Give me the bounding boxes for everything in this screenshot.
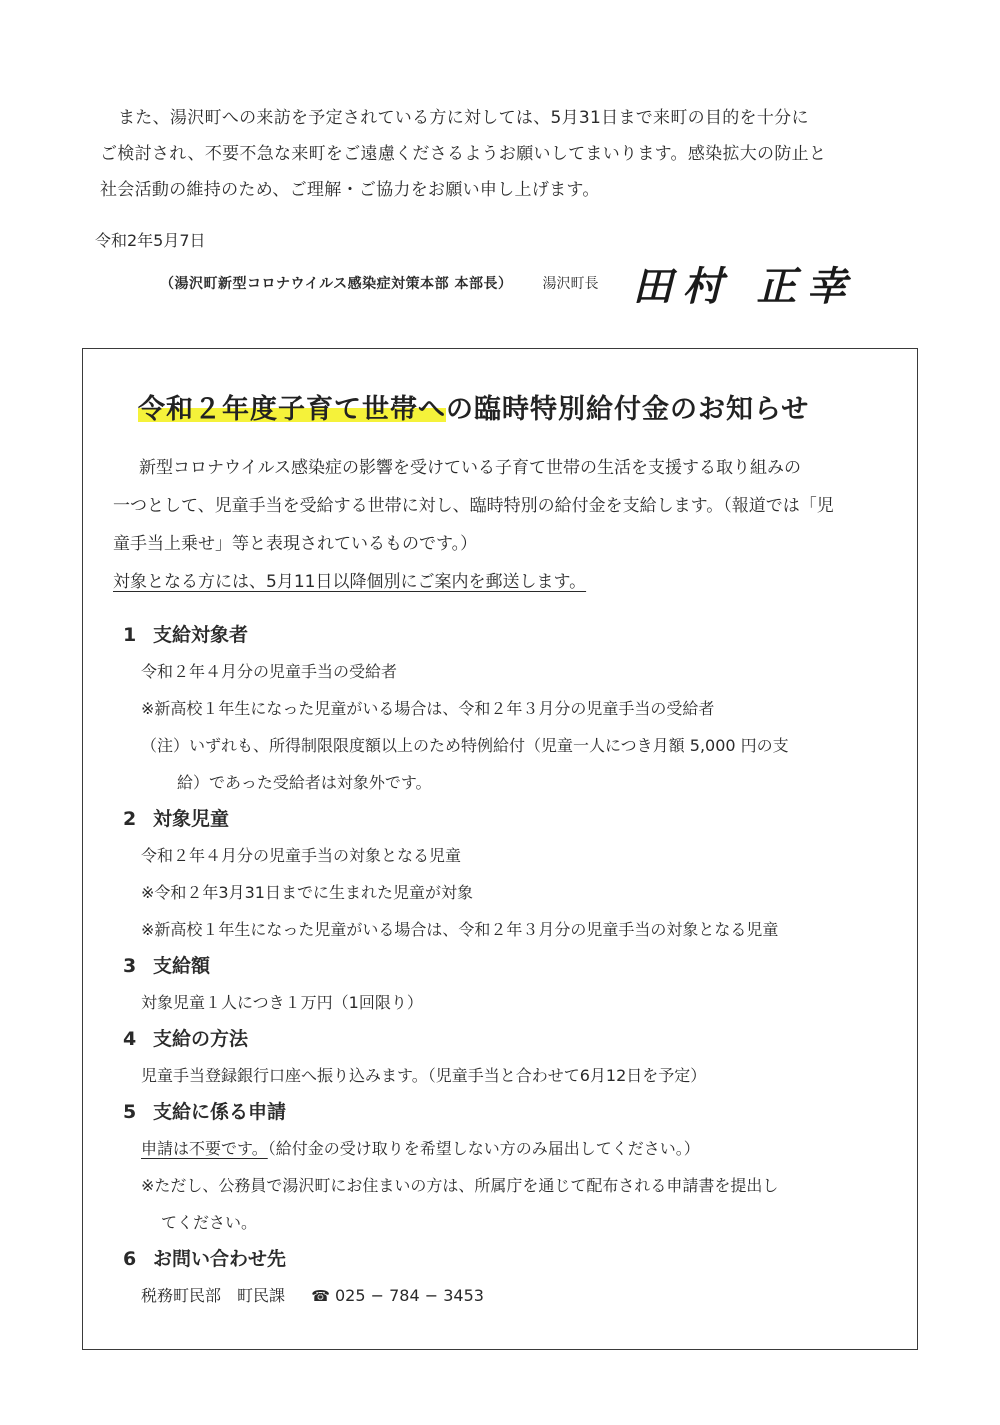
section-amount: 3支給額 対象児童１人につき１万円（1回限り） — [123, 948, 893, 1021]
section-heading: 4支給の方法 — [123, 1021, 893, 1057]
lead-line: 童手当上乗せ」等と表現されているものです。） — [113, 525, 893, 563]
notice-lead: 新型コロナウイルス感染症の影響を受けている子育て世帯の生活を支援する取り組みの … — [113, 449, 893, 601]
intro-line: また、湯沢町への来訪を予定されている方に対しては、5月31日まで来町の目的を十分… — [100, 100, 920, 136]
section-heading: 6お問い合わせ先 — [123, 1241, 893, 1277]
section-payment-method: 4支給の方法 児童手当登録銀行口座へ振り込みます。（児童手当と合わせて6月12日… — [123, 1021, 893, 1094]
section-eligible-recipients: 1支給対象者 令和２年４月分の児童手当の受給者 ※新高校１年生になった児童がいる… — [123, 617, 893, 801]
section-line: ※新高校１年生になった児童がいる場合は、令和２年３月分の児童手当の受給者 — [123, 690, 893, 727]
signature-title: 湯沢町長 — [543, 273, 599, 293]
contact-line: 税務町民部 町民課 ☎ 025 − 784 − 3453 — [123, 1277, 893, 1315]
section-line: ※ただし、公務員で湯沢町にお住まいの方は、所属庁を通じて配布される申請書を提出し — [123, 1167, 893, 1204]
section-heading: 1支給対象者 — [123, 617, 893, 653]
notice-title: 令和２年度子育て世帯への臨時特別給付金のお知らせ — [138, 387, 878, 426]
signature-organization: （湯沢町新型コロナウイルス感染症対策本部 本部長） — [160, 273, 513, 293]
section-heading: 3支給額 — [123, 948, 893, 984]
notice-title-highlighted: 令和２年度子育て世帯へ — [138, 394, 446, 425]
section-line: 児童手当登録銀行口座へ振り込みます。（児童手当と合わせて6月12日を予定） — [123, 1057, 893, 1094]
section-line: てください。 — [123, 1204, 893, 1241]
section-line: 令和２年４月分の児童手当の受給者 — [123, 653, 893, 690]
section-line: ※新高校１年生になった児童がいる場合は、令和２年３月分の児童手当の対象となる児童 — [123, 911, 893, 948]
section-heading: 2対象児童 — [123, 801, 893, 837]
notice-sections: 1支給対象者 令和２年４月分の児童手当の受給者 ※新高校１年生になった児童がいる… — [123, 617, 893, 1315]
section-application: 5支給に係る申請 申請は不要です。（給付金の受け取りを希望しない方のみ届出してく… — [123, 1094, 893, 1241]
application-not-required: 申請は不要です。 — [141, 1139, 268, 1158]
signature-name: 田村 正幸 — [633, 255, 857, 312]
intro-paragraph: また、湯沢町への来訪を予定されている方に対しては、5月31日まで来町の目的を十分… — [100, 100, 920, 208]
lead-emphasis: 対象となる方には、5月11日以降個別にご案内を郵送します。 — [113, 563, 893, 601]
contact-phone: 025 − 784 − 3453 — [335, 1286, 484, 1305]
document-date: 令和2年5月7日 — [95, 228, 206, 251]
section-line: ※令和２年3月31日までに生まれた児童が対象 — [123, 874, 893, 911]
section-line: 申請は不要です。（給付金の受け取りを希望しない方のみ届出してください。） — [123, 1130, 893, 1167]
telephone-icon: ☎ — [311, 1287, 330, 1305]
notice-title-rest: の臨時特別給付金のお知らせ — [446, 394, 809, 425]
section-eligible-children: 2対象児童 令和２年４月分の児童手当の対象となる児童 ※令和２年3月31日までに… — [123, 801, 893, 948]
signature-block: （湯沢町新型コロナウイルス感染症対策本部 本部長） 湯沢町長 田村 正幸 — [160, 258, 920, 308]
section-line: （注）いずれも、所得制限限度額以上のため特例給付（児童一人につき月額 5,000… — [123, 727, 893, 764]
intro-line: 社会活動の維持のため、ご理解・ご協力をお願い申し上げます。 — [100, 172, 920, 208]
section-line: 令和２年４月分の児童手当の対象となる児童 — [123, 837, 893, 874]
section-line: 給）であった受給者は対象外です。 — [123, 764, 893, 801]
section-heading: 5支給に係る申請 — [123, 1094, 893, 1130]
contact-department: 税務町民部 町民課 — [141, 1286, 285, 1305]
intro-line: ご検討され、不要不急な来町をご遠慮くださるようお願いしてまいります。感染拡大の防… — [100, 136, 920, 172]
notice-box: 令和２年度子育て世帯への臨時特別給付金のお知らせ 新型コロナウイルス感染症の影響… — [82, 348, 918, 1350]
lead-line: 新型コロナウイルス感染症の影響を受けている子育て世帯の生活を支援する取り組みの — [113, 449, 893, 487]
section-contact: 6お問い合わせ先 税務町民部 町民課 ☎ 025 − 784 − 3453 — [123, 1241, 893, 1315]
section-line: 対象児童１人につき１万円（1回限り） — [123, 984, 893, 1021]
lead-line: 一つとして、児童手当を受給する世帯に対し、臨時特別の給付金を支給します。（報道で… — [113, 487, 893, 525]
